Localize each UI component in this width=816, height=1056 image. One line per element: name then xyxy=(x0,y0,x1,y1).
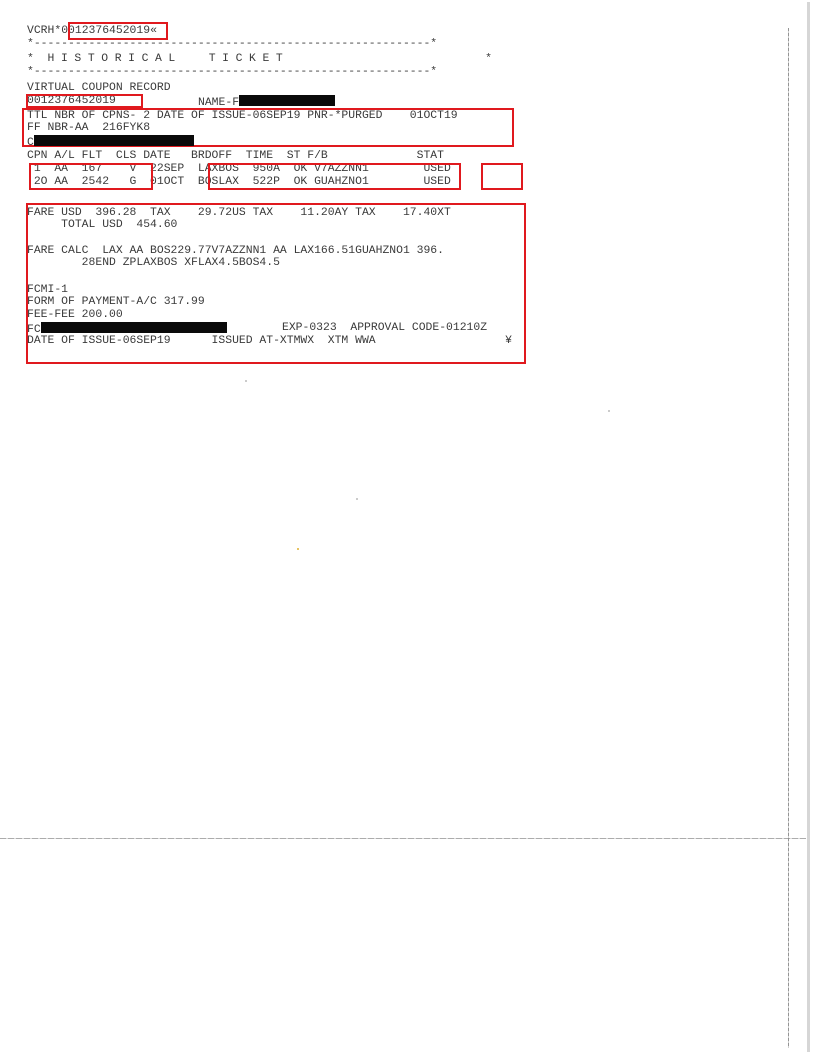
fare-total: TOTAL USD 454.60 xyxy=(27,219,177,231)
issue-line: DATE OF ISSUE-06SEP19 ISSUED AT-XTMWX XT… xyxy=(27,335,512,347)
title-star-right: * xyxy=(485,53,492,65)
fop-card-line: FCEXP-0323 APPROVAL CODE-01210Z xyxy=(27,322,227,336)
form-of-payment: FORM OF PAYMENT-A/C 317.99 xyxy=(27,296,205,308)
record-heading: VIRTUAL COUPON RECORD xyxy=(27,82,171,94)
yen-mark: ¥ xyxy=(505,335,512,347)
page-title: HISTORICAL TICKET xyxy=(48,53,290,65)
summary-line-1: TTL NBR OF CPNS- 2 DATE OF ISSUE-06SEP19… xyxy=(27,110,458,122)
scan-speck xyxy=(245,380,247,382)
scan-artifact-horizontal xyxy=(0,838,806,839)
fee: FEE-FEE 200.00 xyxy=(27,309,123,321)
vcrh-prefix: VCRH* xyxy=(27,25,61,37)
summary-line-3-visible: C xyxy=(27,137,34,149)
coupon-table-header: CPN A/L FLT CLS DATE BRDOFF TIME ST F/B … xyxy=(27,150,444,162)
fare-calc-2: 28END ZPLAXBOS XFLAX4.5BOS4.5 xyxy=(27,257,280,269)
fare-line: FARE USD 396.28 TAX 29.72US TAX 11.20AY … xyxy=(27,207,451,219)
summary-line-2: FF NBR-AA 216FYK8 xyxy=(27,122,150,134)
highlight-coupon-status xyxy=(481,163,523,190)
highlight-coupon-routes xyxy=(208,163,461,190)
scan-artifact-vertical xyxy=(788,28,789,1048)
scan-speck xyxy=(297,548,299,550)
redacted-card-number xyxy=(41,322,227,333)
redacted-name xyxy=(239,95,335,106)
passenger-name: NAME-F xyxy=(198,95,335,109)
highlight-record-number xyxy=(26,94,143,108)
issue-text: DATE OF ISSUE-06SEP19 ISSUED AT-XTMWX XT… xyxy=(27,335,376,347)
fcmi: FCMI-1 xyxy=(27,284,68,296)
border-bottom: *---------------------------------------… xyxy=(27,66,437,78)
title-line: * HISTORICAL TICKET* xyxy=(27,53,492,65)
redacted-field xyxy=(34,135,194,146)
summary-line-3: C xyxy=(27,135,194,149)
border-top: *---------------------------------------… xyxy=(27,38,437,50)
highlight-coupon-flights xyxy=(29,163,153,190)
scan-artifact-edge xyxy=(807,2,810,1052)
title-star-left: * xyxy=(27,53,34,65)
scan-speck xyxy=(608,410,610,412)
fare-calc-1: FARE CALC LAX AA BOS229.77V7AZZNN1 AA LA… xyxy=(27,245,444,257)
scan-speck xyxy=(356,498,358,500)
exp-approval: EXP-0323 APPROVAL CODE-01210Z xyxy=(282,322,487,334)
